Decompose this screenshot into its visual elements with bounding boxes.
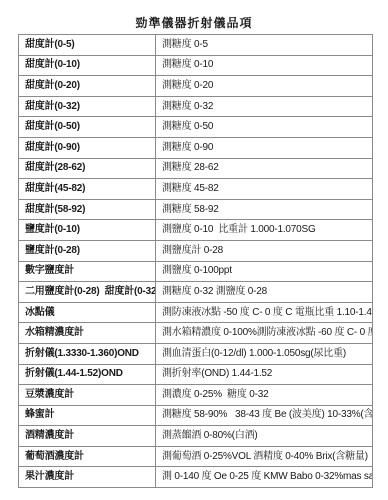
product-name-cell: 甜度計(28-62) [19,158,156,179]
spec-cell: 測蒸餾酒 0-80%(白酒) [156,426,373,447]
spec-cell: 測糖度 28-62 [156,158,373,179]
spec-cell: 測糖度 0-20 [156,76,373,97]
spec-cell: 測折射率(OND) 1.44-1.52 [156,364,373,385]
table-row: 葡萄酒濃度計 測葡萄酒 0-25%VOL 酒精度 0-40% Brix(含糖量) [19,446,373,467]
product-name-cell: 數字鹽度計 [19,261,156,282]
table-row: 甜度計(28-62) 測糖度 28-62 [19,158,373,179]
document-page: 勁準儀器折射儀品項 甜度計(0-5) 測糖度 0-5 甜度計(0-10) 測糖度… [0,0,388,500]
spec-cell: 測血清蛋白(0-12/dl) 1.000-1.050sg(尿比重) [156,343,373,364]
table-row: 豆漿濃度計 測濃度 0-25% 糖度 0-32 [19,385,373,406]
spec-cell: 測糖度 0-10 [156,55,373,76]
table-row: 蜂蜜計 測糖度 58-90% 38-43 度 Be (波美度) 10-33%(含… [19,405,373,426]
spec-cell: 測葡萄酒 0-25%VOL 酒精度 0-40% Brix(含糖量) [156,446,373,467]
product-name-cell: 二用鹽度計(0-28) 甜度計(0-32) [19,282,156,303]
table-row: 甜度計(0-20) 測糖度 0-20 [19,76,373,97]
spec-cell: 測糖度 58-90% 38-43 度 Be (波美度) 10-33%(含水量) [156,405,373,426]
table-row: 冰點儀 測防凍液冰點 -50 度 C- 0 度 C 電瓶比重 1.10-1.40… [19,302,373,323]
table-row: 甜度計(45-82) 測糖度 45-82 [19,179,373,200]
spec-cell: 測濃度 0-25% 糖度 0-32 [156,385,373,406]
table-row: 二用鹽度計(0-28) 甜度計(0-32) 測糖度 0-32 測鹽度 0-28 [19,282,373,303]
product-name-cell: 鹽度計(0-10) [19,220,156,241]
product-name-cell: 甜度計(0-90) [19,137,156,158]
table-row: 甜度計(58-92) 測糖度 58-92 [19,199,373,220]
table-row: 果汁濃度計 測 0-140 度 Oe 0-25 度 KMW Babo 0-32%… [19,467,373,488]
product-name-cell: 鹽度計(0-28) [19,240,156,261]
product-name-cell: 蜂蜜計 [19,405,156,426]
table-row: 甜度計(0-10) 測糖度 0-10 [19,55,373,76]
table-row: 酒精濃度計 測蒸餾酒 0-80%(白酒) [19,426,373,447]
spec-cell: 測 0-140 度 Oe 0-25 度 KMW Babo 0-32%mas sa… [156,467,373,488]
product-name-cell: 水箱精濃度計 [19,323,156,344]
spec-cell: 測糖度 45-82 [156,179,373,200]
spec-cell: 測鹽度 0-100ppt [156,261,373,282]
table-row: 水箱精濃度計 測水箱精濃度 0-100%測防凍液冰點 -60 度 C- 0 度 … [19,323,373,344]
table-row: 數字鹽度計 測鹽度 0-100ppt [19,261,373,282]
spec-cell: 測水箱精濃度 0-100%測防凍液冰點 -60 度 C- 0 度 C [156,323,373,344]
product-name-cell: 甜度計(0-32) [19,96,156,117]
table-row: 甜度計(0-5) 測糖度 0-5 [19,35,373,56]
product-name-cell: 葡萄酒濃度計 [19,446,156,467]
product-table: 甜度計(0-5) 測糖度 0-5 甜度計(0-10) 測糖度 0-10 甜度計(… [18,34,373,488]
spec-cell: 測糖度 0-32 [156,96,373,117]
table-row: 鹽度計(0-28) 測鹽度計 0-28 [19,240,373,261]
product-name-cell: 果汁濃度計 [19,467,156,488]
table-row: 甜度計(0-90) 測糖度 0-90 [19,137,373,158]
table-row: 甜度計(0-50) 測糖度 0-50 [19,117,373,138]
spec-cell: 測糖度 0-50 [156,117,373,138]
product-table-body: 甜度計(0-5) 測糖度 0-5 甜度計(0-10) 測糖度 0-10 甜度計(… [19,35,373,488]
table-row: 甜度計(0-32) 測糖度 0-32 [19,96,373,117]
spec-cell: 測糖度 0-32 測鹽度 0-28 [156,282,373,303]
spec-cell: 測鹽度計 0-28 [156,240,373,261]
spec-cell: 測防凍液冰點 -50 度 C- 0 度 C 電瓶比重 1.10-1.40sg [156,302,373,323]
table-row: 折射儀(1.3330-1.360)OND 測血清蛋白(0-12/dl) 1.00… [19,343,373,364]
product-name-cell: 甜度計(0-50) [19,117,156,138]
spec-cell: 測糖度 0-90 [156,137,373,158]
product-name-cell: 折射儀(1.3330-1.360)OND [19,343,156,364]
product-name-cell: 甜度計(58-92) [19,199,156,220]
product-name-cell: 豆漿濃度計 [19,385,156,406]
product-name-cell: 甜度計(0-5) [19,35,156,56]
product-name-cell: 折射儀(1.44-1.52)OND [19,364,156,385]
product-name-cell: 冰點儀 [19,302,156,323]
page-title: 勁準儀器折射儀品項 [0,14,388,31]
product-name-cell: 酒精濃度計 [19,426,156,447]
product-name-cell: 甜度計(0-10) [19,55,156,76]
table-row: 折射儀(1.44-1.52)OND 測折射率(OND) 1.44-1.52 [19,364,373,385]
spec-cell: 測糖度 58-92 [156,199,373,220]
product-name-cell: 甜度計(0-20) [19,76,156,97]
spec-cell: 測糖度 0-5 [156,35,373,56]
table-row: 鹽度計(0-10) 測鹽度 0-10 比重計 1.000-1.070SG [19,220,373,241]
product-name-cell: 甜度計(45-82) [19,179,156,200]
spec-cell: 測鹽度 0-10 比重計 1.000-1.070SG [156,220,373,241]
